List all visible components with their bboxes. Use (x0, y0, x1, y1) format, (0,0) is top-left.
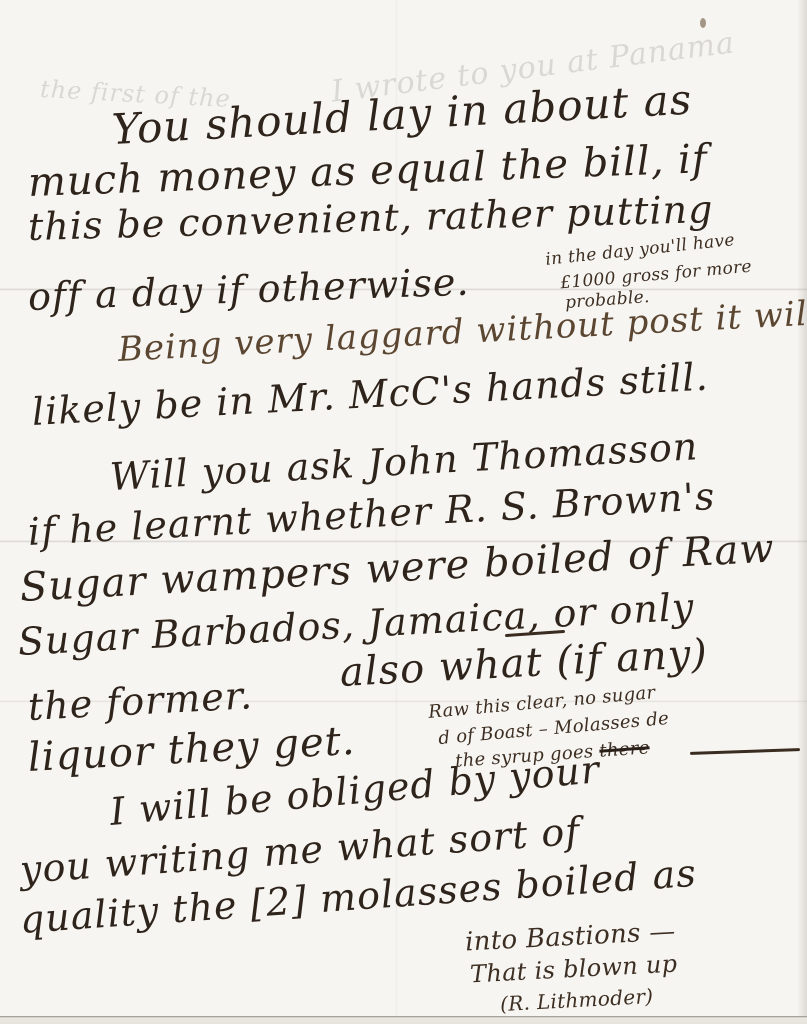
letter-line-4: off a day if otherwise. (27, 260, 470, 319)
letter-line-11: the former. (27, 673, 254, 729)
paper-bottom-edge (0, 1016, 807, 1024)
letter-line-13: liquor they get. (27, 718, 357, 781)
strike-through-line (690, 748, 800, 755)
paper-edge (797, 0, 807, 1024)
ink-mark (700, 18, 706, 28)
marginal-note-3-line-3: (R. Lithmoder) (499, 984, 653, 1016)
struck-out-word: there (599, 737, 651, 761)
letter-page: I wrote to you at Panama the first of th… (0, 0, 807, 1024)
